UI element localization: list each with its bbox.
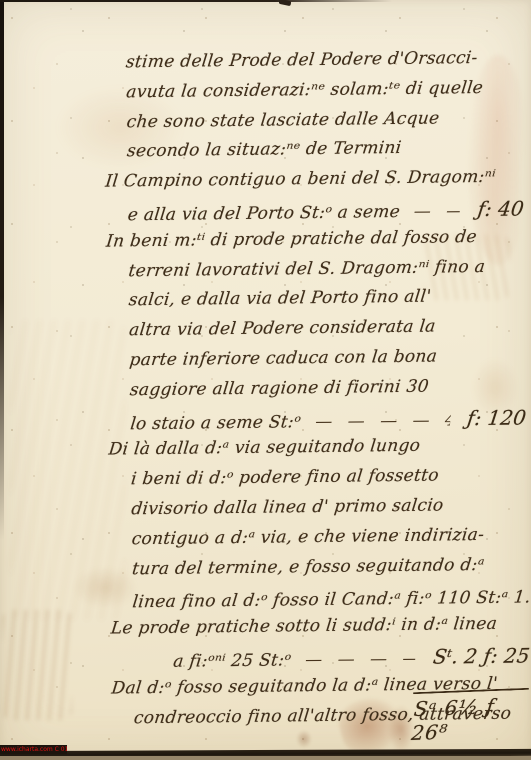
total-sum-value: Sᵃ 6½ ƒ 26⁸	[410, 693, 531, 745]
manuscript-text-block: stime delle Prode del Podere d'Orsacci-a…	[104, 47, 530, 737]
line-text: i beni di d:ᵒ podere fino al fossetto	[130, 466, 440, 490]
scan-edge-left	[0, 0, 4, 540]
manuscript-line: divisorio dalla linea d' primo salcio	[131, 494, 527, 529]
line-text: avuta la considerazi:ⁿᵉ solam:ᵗᵉ di quel…	[125, 78, 484, 102]
total-block: Sᵃ 6½ ƒ 26⁸	[413, 690, 529, 743]
line-text: divisorio dalla linea d' primo salcio	[130, 495, 444, 519]
manuscript-line: lo staio a seme St:ᵒ— — — — 4.ƒ: 120	[130, 405, 526, 440]
line-text: secondo la situaz:ⁿᵉ de Termini	[126, 138, 403, 161]
line-text: Di là dalla d:ᵃ via seguitando lungo	[108, 436, 422, 460]
line-text: linea fino al d:ᵒ fosso il Cand:ᵃ fi:ᵒ 1…	[131, 588, 531, 613]
line-text: contiguo a d:ᵃ via, e che viene indirizi…	[131, 525, 486, 549]
scan-edge-bottom-light	[0, 756, 531, 760]
line-text: e alla via del Porto St:ᵒ a seme	[127, 202, 401, 225]
manuscript-line: tura del termine, e fosso seguitando d:ᵃ	[132, 554, 528, 589]
line-text: lo staio a seme St:ᵒ	[129, 412, 302, 434]
line-text: Le prode pratiche sotto li sudd:ⁱ in d:ᵃ…	[110, 614, 498, 639]
manuscript-line: terreni lavorativi del S. Dragom:ⁿⁱ fino…	[128, 256, 524, 291]
archive-watermark: www.icharta.com C 014644	[0, 745, 67, 754]
line-text: terreni lavorativi del S. Dragom:ⁿⁱ fino…	[127, 257, 486, 281]
manuscript-line: avuta la considerazi:ⁿᵉ solam:ᵗᵉ di quel…	[126, 77, 522, 112]
line-text: saggiore alla ragione di fiorini 30	[129, 376, 430, 400]
amount-value: ƒ: 120	[458, 405, 528, 430]
manuscript-line: e alla via del Porto St:ᵒ a seme— — ½ƒ: …	[128, 196, 524, 231]
line-text: a fi:ᵒⁿⁱ 25 St:ᵒ	[172, 650, 292, 671]
manuscript-line: parte inferiore caduca con la bona	[129, 345, 525, 380]
bleed-through-ghost	[2, 610, 72, 720]
line-text: In beni m:ᵗⁱ di prode pratiche dal fosso…	[105, 227, 478, 252]
manuscript-line: salci, e dalla via del Porto fino all'	[129, 286, 525, 321]
line-text: tura del termine, e fosso seguitando d:ᵃ	[131, 555, 485, 579]
manuscript-line: a fi:ᵒⁿⁱ 25 St:ᵒ— — — — —Sᵗ. 2 ƒ: 25	[173, 643, 529, 677]
line-text: salci, e dalla via del Porto fino all'	[128, 287, 433, 311]
line-text: che sono state lasciate dalle Acque	[126, 108, 441, 132]
manuscript-page: stime delle Prode del Podere d'Orsacci-a…	[0, 0, 531, 760]
line-text: altra via del Podere considerata la	[128, 317, 437, 341]
manuscript-line: contiguo a d:ᵃ via, e che viene indirizi…	[132, 524, 528, 559]
manuscript-line: altra via del Podere considerata la	[129, 316, 525, 351]
dash-fill: — — — — —	[304, 649, 416, 670]
manuscript-line: saggiore alla ragione di fiorini 30	[130, 375, 526, 410]
dash-fill: — — ½	[413, 201, 461, 222]
manuscript-line: che sono state lasciate dalle Acque	[127, 107, 523, 142]
dash-fill: — — — — 4.	[314, 410, 451, 432]
line-text: parte inferiore caduca con la bona	[128, 346, 438, 370]
manuscript-line: stime delle Prode del Podere d'Orsacci-	[126, 47, 522, 82]
line-text: Il Campino contiguo a beni del S. Dragom…	[104, 167, 496, 192]
amount-value: ƒ: 40	[468, 196, 525, 221]
line-text: stime delle Prode del Podere d'Orsacci-	[125, 48, 479, 72]
scan-edge-top	[0, 0, 392, 2]
amount-value: Sᵗ. 2 ƒ: 25	[423, 643, 530, 668]
manuscript-line: i beni di d:ᵒ podere fino al fossetto	[131, 465, 527, 500]
scan-artifact	[279, 0, 292, 6]
